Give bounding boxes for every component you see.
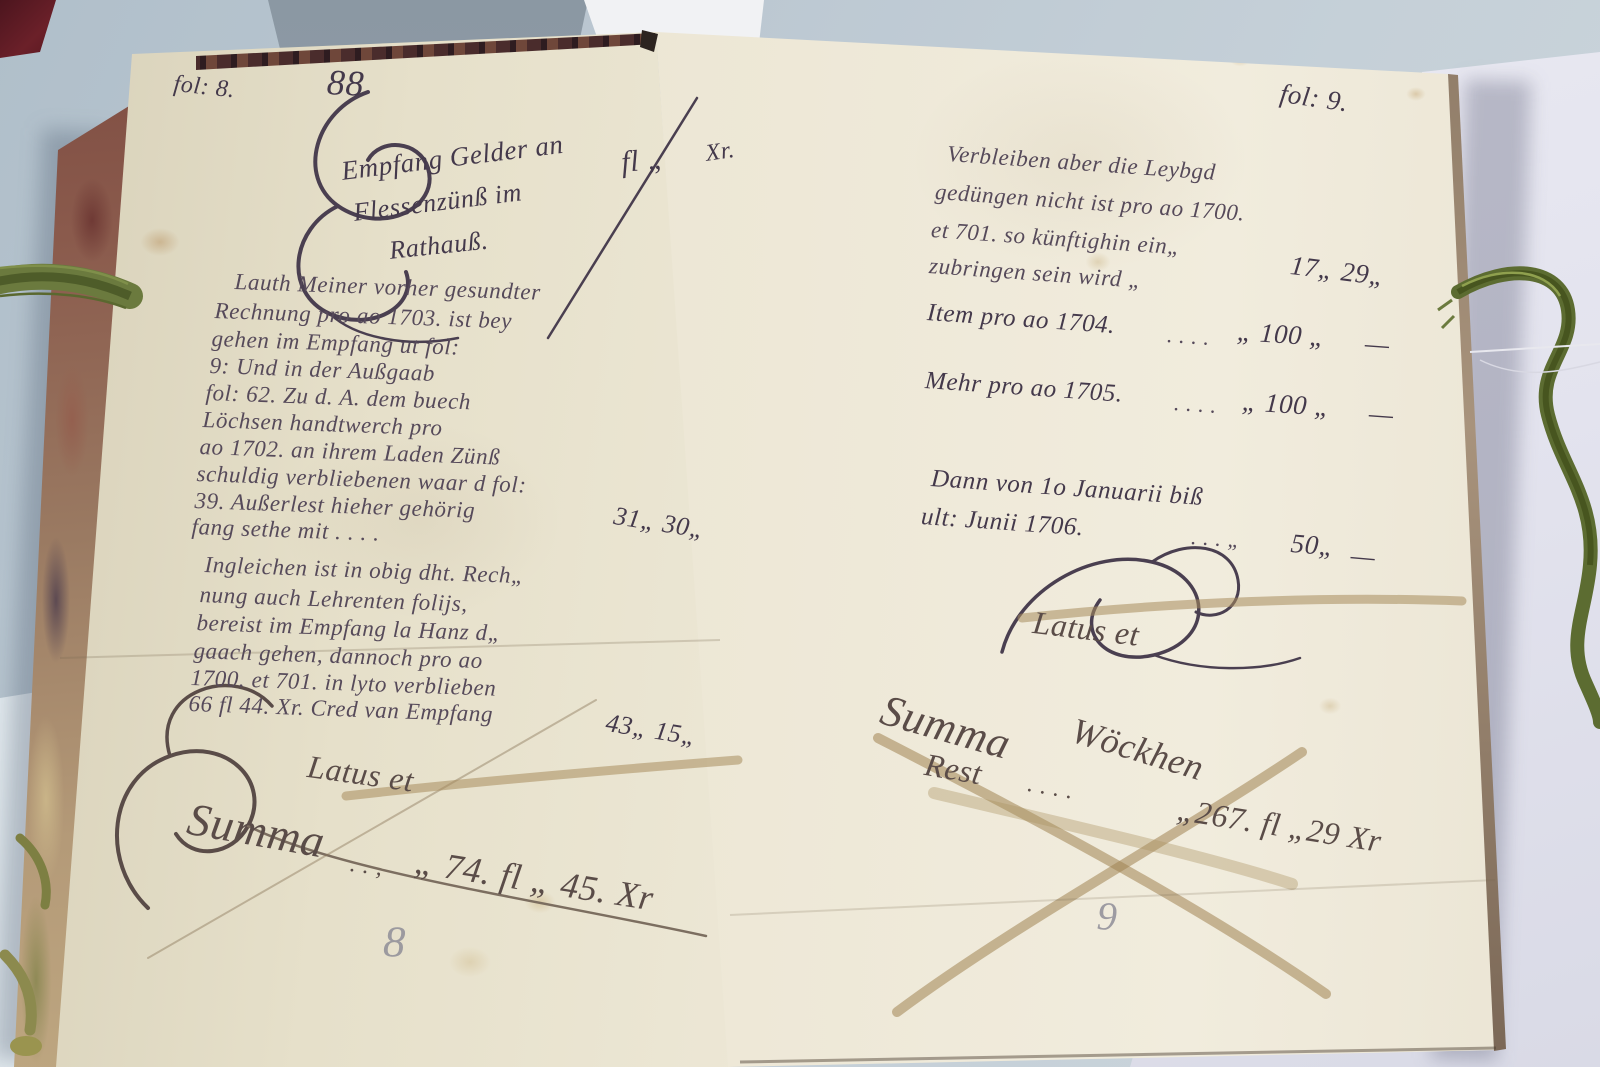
right-entry3-amount: 50„	[1290, 530, 1336, 561]
right-rest-label: Rest	[922, 748, 984, 789]
right-entry-dash: —	[1368, 400, 1394, 429]
right-entry3-dash: —	[1350, 542, 1377, 571]
manuscript-photo-scene: fol: 8. 88 Empfang Gelder an Flessenzünß…	[0, 0, 1600, 1067]
left-currency-fl: fl „	[620, 144, 666, 178]
left-page-number: 88	[326, 64, 365, 102]
right-entry-amount: „ 100 „	[1241, 388, 1331, 421]
left-summa-dots: . . ,	[349, 852, 385, 880]
left-folio-label: fol: 8.	[172, 72, 236, 102]
right-entry-dots: . . . .	[1173, 392, 1217, 417]
left-pencil-number: 8	[382, 920, 406, 965]
red-cover-corner	[0, 0, 60, 60]
right-entry-dash: —	[1364, 330, 1390, 359]
left-currency-xr: Xr.	[704, 138, 736, 166]
right-entry-amount: „ 100 „	[1236, 318, 1326, 351]
right-entry3-dots: . . . „	[1190, 526, 1241, 551]
right-entry-dots: . . . .	[1166, 324, 1210, 349]
right-pencil-number: 9	[1096, 896, 1119, 937]
